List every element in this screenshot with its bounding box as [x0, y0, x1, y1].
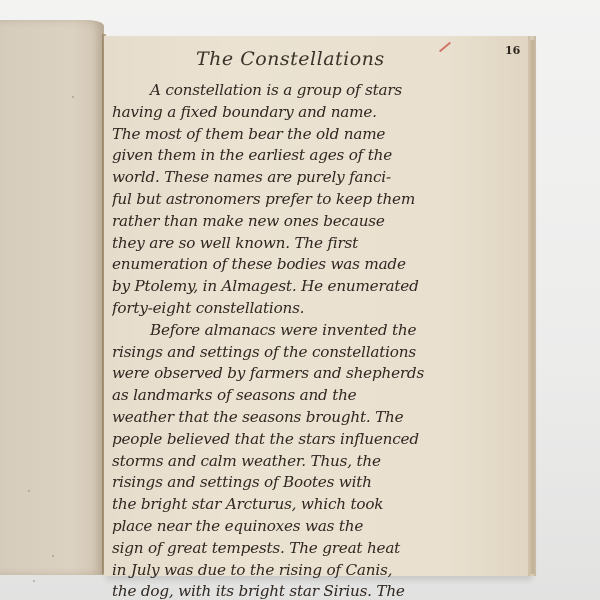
paper-spot: [33, 580, 35, 582]
text-line: given them in the earliest ages of the: [112, 145, 527, 167]
text-line: in July was due to the rising of Canis,: [112, 560, 527, 582]
paper-spot: [72, 96, 74, 98]
text-line: place near the equinoxes was the: [112, 516, 527, 538]
text-line: world. These names are purely fanci-: [112, 167, 527, 189]
text-line: they are so well known. The first: [112, 233, 527, 255]
open-notebook: 16 The Constellations A constellation is…: [0, 0, 600, 600]
text-line: storms and calm weather. Thus, the: [112, 451, 527, 473]
text-line: risings and settings of Bootes with: [112, 472, 527, 494]
text-line: people believed that the stars influence…: [112, 429, 527, 451]
text-line: rather than make new ones because: [112, 211, 527, 233]
text-line: A constellation is a group of stars: [112, 80, 527, 102]
page-edges: [528, 40, 534, 574]
text-line: The most of them bear the old name: [112, 124, 527, 146]
paper-spot: [52, 555, 54, 557]
text-line: weather that the seasons brought. The: [112, 407, 527, 429]
page-number: 16: [505, 44, 520, 57]
text-line: by Ptolemy, in Almagest. He enumerated: [112, 276, 527, 298]
text-line: as landmarks of seasons and the: [112, 385, 527, 407]
handwritten-text: A constellation is a group of stars havi…: [112, 80, 527, 600]
text-line: risings and settings of the constellatio…: [112, 342, 527, 364]
text-line: forty-eight constellations.: [112, 298, 527, 320]
paper-spot: [28, 490, 30, 492]
text-line: enumeration of these bodies was made: [112, 254, 527, 276]
text-line: sign of great tempests. The great heat: [112, 538, 527, 560]
text-line: having a fixed boundary and name.: [112, 102, 527, 124]
text-line: the bright star Arcturus, which took: [112, 494, 527, 516]
text-line: the dog, with its bright star Sirius. Th…: [112, 581, 527, 600]
left-blank-page: [0, 20, 104, 575]
text-line: ful but astronomers prefer to keep them: [112, 189, 527, 211]
page-title: The Constellations: [196, 48, 426, 70]
text-line: Before almanacs were invented the: [112, 320, 527, 342]
text-line: were observed by farmers and shepherds: [112, 363, 527, 385]
